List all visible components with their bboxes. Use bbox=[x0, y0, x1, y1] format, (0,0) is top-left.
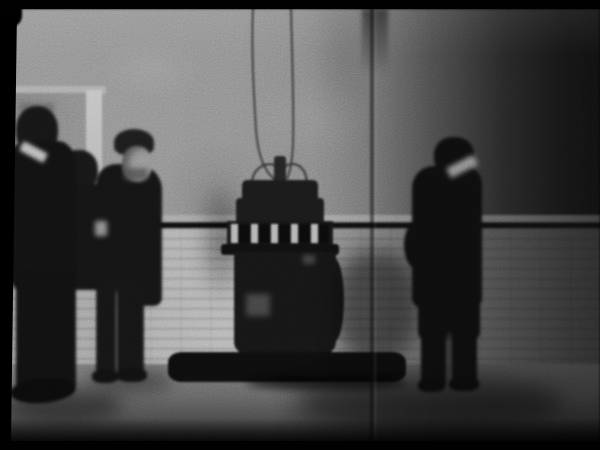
man-center-leg-left bbox=[96, 280, 116, 380]
chair-spindles bbox=[227, 221, 333, 246]
film-frame bbox=[0, 0, 600, 450]
man-right-foot-right bbox=[449, 377, 479, 391]
man-right-foot-left bbox=[418, 379, 445, 392]
letterbox-bottom-bar bbox=[0, 441, 600, 450]
man-center-foot-right bbox=[117, 368, 147, 382]
chair-leg-gap bbox=[246, 294, 270, 316]
man-right-leg-left bbox=[421, 330, 446, 386]
man-center-leg-right bbox=[117, 280, 144, 380]
film-scratch-highlight bbox=[374, 9, 376, 442]
man-center-foot-left bbox=[92, 370, 118, 383]
man-center-hand-highlight bbox=[95, 221, 107, 236]
man-right-crossed-arm bbox=[404, 220, 432, 270]
man-left-legs bbox=[16, 270, 76, 392]
scene bbox=[0, 0, 600, 450]
man-center-jaw-shadow bbox=[124, 168, 148, 180]
chair-highlight bbox=[303, 255, 315, 264]
letterbox-top-bar bbox=[0, 0, 600, 9]
bottom-shadow-band bbox=[0, 418, 600, 442]
chair-spindle-gaps bbox=[231, 224, 329, 243]
chair-cast-shadow bbox=[334, 252, 418, 360]
